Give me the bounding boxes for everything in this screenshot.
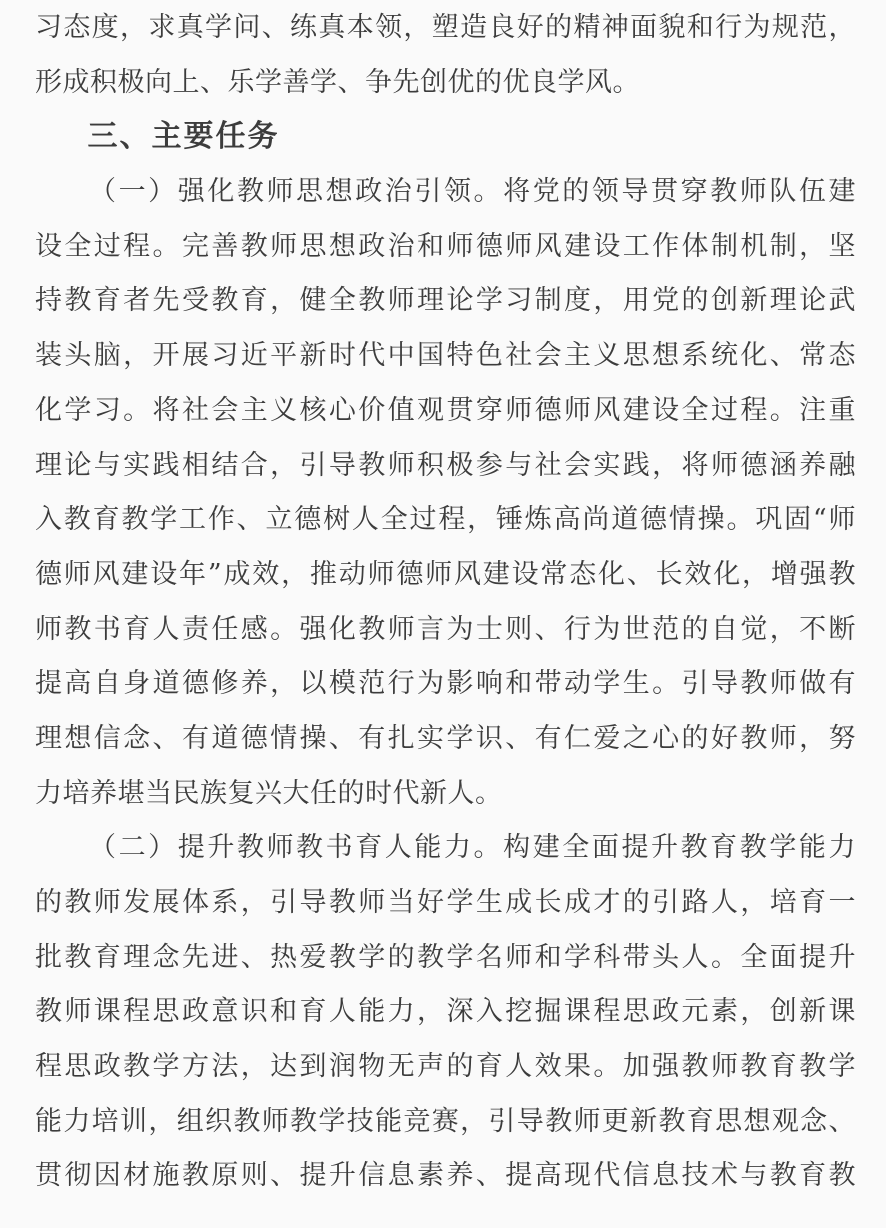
text-line: 程思政教学方法，达到润物无声的育人效果。加强教师教育教学 xyxy=(35,1040,856,1095)
text-line: 教师课程思政意识和育人能力，深入挖掘课程思政元素，创新课 xyxy=(35,985,856,1040)
text-line: 力培养堪当民族复兴大任的时代新人。 xyxy=(35,767,856,822)
text-line: 师教书育人责任感。强化教师言为士则、行为世范的自觉，不断 xyxy=(35,603,856,658)
text-line: 德师风建设年”成效，推动师德师风建设常态化、长效化，增强教 xyxy=(35,548,856,603)
text-line: 设全过程。完善教师思想政治和师德师风建设工作体制机制，坚 xyxy=(35,220,856,275)
text-line: 形成积极向上、乐学善学、争先创优的优良学风。 xyxy=(35,56,856,111)
text-line: 持教育者先受教育，健全教师理论学习制度，用党的创新理论武 xyxy=(35,274,856,329)
text-line: 理想信念、有道德情操、有扎实学识、有仁爱之心的好教师，努 xyxy=(35,712,856,767)
text-line: 的教师发展体系，引导教师当好学生成长成才的引路人，培育一 xyxy=(35,876,856,931)
text-line: 理论与实践相结合，引导教师积极参与社会实践，将师德涵养融 xyxy=(35,439,856,494)
text-line: 能力培训，组织教师教学技能竞赛，引导教师更新教育思想观念、 xyxy=(35,1095,856,1150)
text-line: 批教育理念先进、热爱教学的教学名师和学科带头人。全面提升 xyxy=(35,931,856,986)
text-line: 习态度，求真学问、练真本领，塑造良好的精神面貌和行为规范， xyxy=(35,1,856,56)
text-line: 装头脑，开展习近平新时代中国特色社会主义思想系统化、常态 xyxy=(35,329,856,384)
section-heading: 三、主要任务 xyxy=(35,110,856,165)
document-page: 习态度，求真学问、练真本领，塑造良好的精神面貌和行为规范， 形成积极向上、乐学善… xyxy=(0,0,886,1228)
text-line: 入教育教学工作、立德树人全过程，锤炼高尚道德情操。巩固“师 xyxy=(35,493,856,548)
text-line: （二）提升教师教书育人能力。构建全面提升教育教学能力 xyxy=(35,821,856,876)
text-line: 贯彻因材施教原则、提升信息素养、提高现代信息技术与教育教 xyxy=(35,1149,856,1204)
text-line: （一）强化教师思想政治引领。将党的领导贯穿教师队伍建 xyxy=(35,165,856,220)
text-line: 提高自身道德修养，以模范行为影响和带动学生。引导教师做有 xyxy=(35,657,856,712)
text-line: 化学习。将社会主义核心价值观贯穿师德师风建设全过程。注重 xyxy=(35,384,856,439)
